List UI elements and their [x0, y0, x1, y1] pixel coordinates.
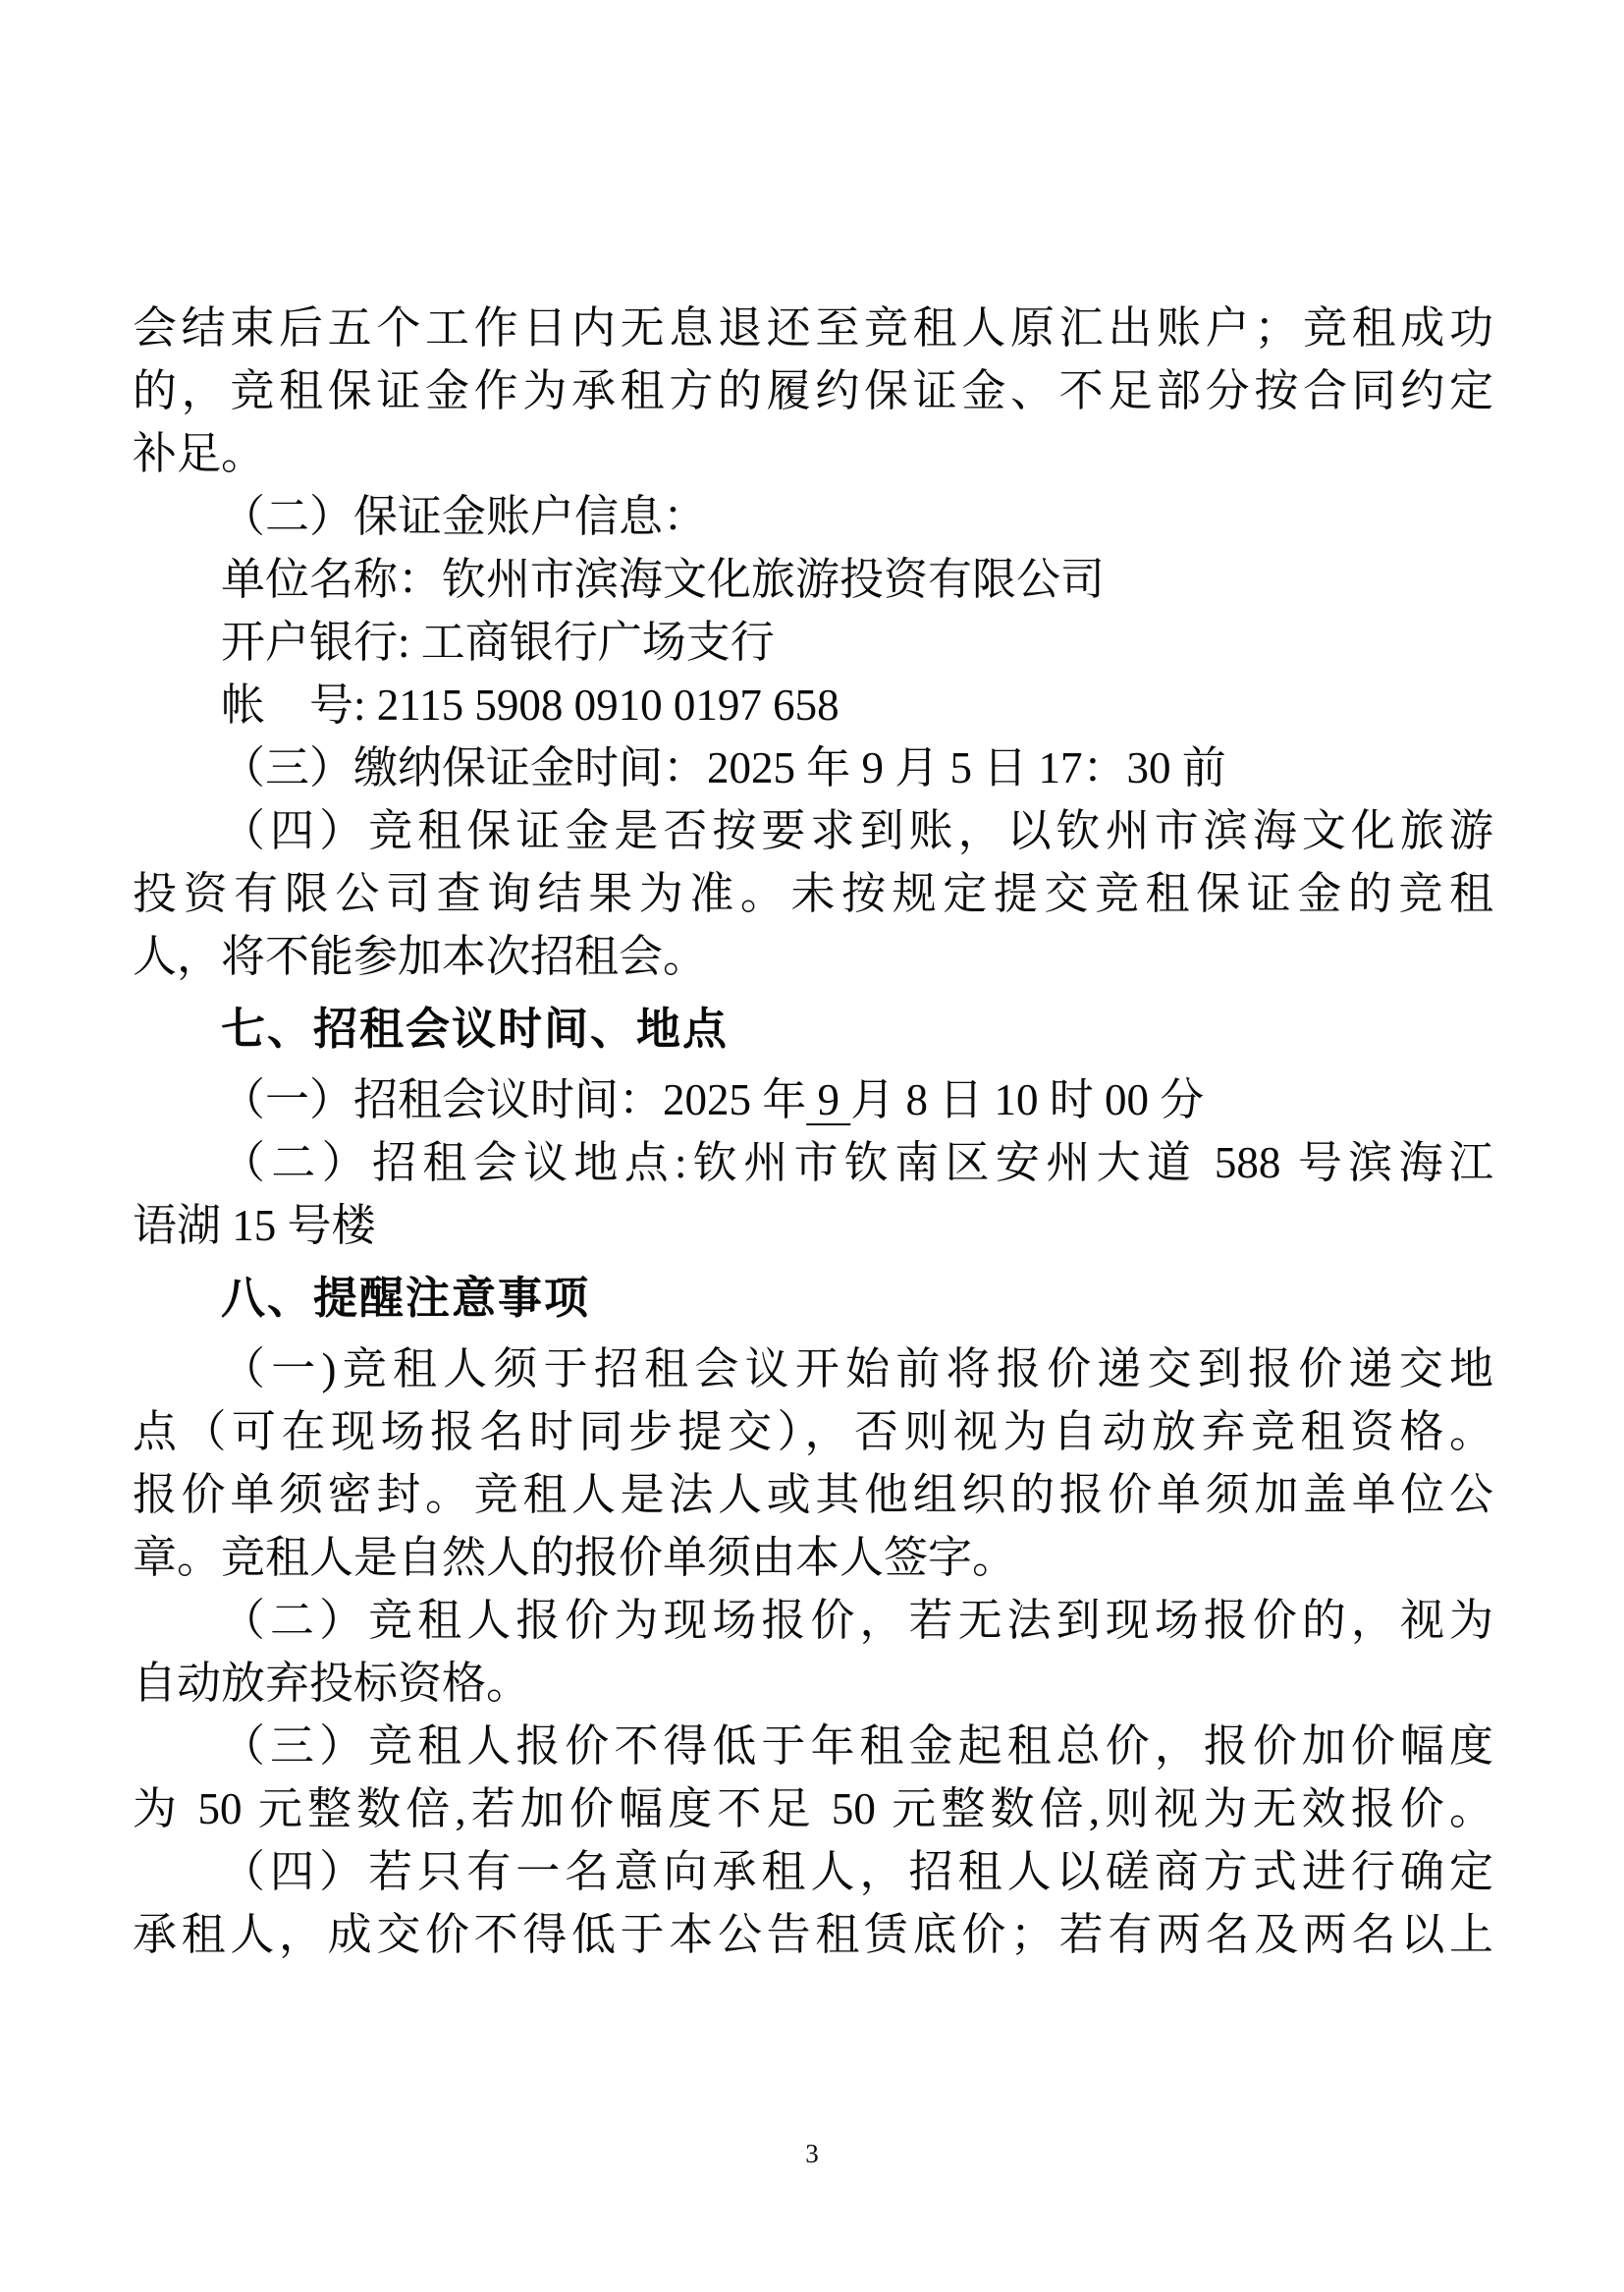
text-segment: （一)竞租人须于招租会议开始前将报价递交到报价递交地	[221, 1344, 1493, 1393]
text-segment: 补足。	[133, 429, 265, 478]
text-segment: （三）竞租人报价不得低于年租金起租总价，报价加价幅度	[221, 1721, 1493, 1771]
text-segment: 单位名称：钦州市滨海文化旅游投资有限公司	[221, 555, 1105, 604]
section-heading: 七、招租会议时间、地点	[133, 998, 1493, 1061]
text-line: 点（可在现场报名时同步提交），否则视为自动放弃竞租资格。	[133, 1400, 1493, 1463]
text-line: 自动放弃投标资格。	[133, 1652, 1493, 1715]
text-segment: （二）保证金账户信息：	[221, 492, 707, 541]
section-heading: 八、提醒注意事项	[133, 1267, 1493, 1330]
text-line: （三）竞租人报价不得低于年租金起租总价，报价加价幅度	[133, 1715, 1493, 1777]
text-line: 承租人，成交价不得低于本公告租赁底价；若有两名及两名以上	[133, 1903, 1493, 1966]
text-line: 开户银行: 工商银行广场支行	[133, 611, 1493, 674]
text-segment: （二）招租会议地点:钦州市钦南区安州大道 588 号滨海江	[221, 1138, 1493, 1187]
text-segment: 开户银行: 工商银行广场支行	[221, 618, 775, 667]
text-segment: （一）招租会议时间：2025 年	[221, 1075, 806, 1124]
text-line: 投资有限公司查询结果为准。未按规定提交竞租保证金的竞租	[133, 862, 1493, 925]
text-line: 补足。	[133, 422, 1493, 485]
text-line: 为 50 元整数倍,若加价幅度不足 50 元整数倍,则视为无效报价。	[133, 1777, 1493, 1840]
text-segment: 自动放弃投标资格。	[133, 1659, 530, 1708]
text-segment: （四）竞租保证金是否按要求到账，以钦州市滨海文化旅游	[221, 806, 1493, 855]
text-segment: 月 8 日 10 时 00 分	[850, 1075, 1204, 1124]
text-segment: 人，将不能参加本次招租会。	[133, 932, 707, 981]
text-segment: （二）竞租人报价为现场报价，若无法到现场报价的，视为	[221, 1596, 1493, 1645]
text-segment: （三）缴纳保证金时间：2025 年 9 月 5 日 17：30 前	[221, 743, 1226, 792]
text-line: 单位名称：钦州市滨海文化旅游投资有限公司	[133, 548, 1493, 611]
page-number: 3	[0, 2139, 1624, 2169]
text-line: （二）招租会议地点:钦州市钦南区安州大道 588 号滨海江	[133, 1131, 1493, 1194]
text-line: 人，将不能参加本次招租会。	[133, 925, 1493, 988]
text-segment: 八、提醒注意事项	[221, 1273, 590, 1323]
text-line: 会结束后五个工作日内无息退还至竞租人原汇出账户；竞租成功	[133, 297, 1493, 359]
text-line: （二）竞租人报价为现场报价，若无法到现场报价的，视为	[133, 1589, 1493, 1652]
text-segment: 七、招租会议时间、地点	[221, 1004, 729, 1054]
text-segment: 会结束后五个工作日内无息退还至竞租人原汇出账户；竞租成功	[133, 303, 1493, 353]
text-line: 帐 号: 2115 5908 0910 0197 658	[133, 674, 1493, 737]
text-segment: 的，竞租保证金作为承租方的履约保证金、不足部分按合同约定	[133, 366, 1493, 415]
text-line: （二）保证金账户信息：	[133, 485, 1493, 548]
text-segment: 点（可在现场报名时同步提交），否则视为自动放弃竞租资格。	[133, 1407, 1493, 1456]
text-segment: （四）若只有一名意向承租人，招租人以磋商方式进行确定	[221, 1847, 1493, 1896]
text-segment: 帐 号: 2115 5908 0910 0197 658	[221, 681, 839, 730]
text-line: 语湖 15 号楼	[133, 1194, 1493, 1257]
document-page: 会结束后五个工作日内无息退还至竞租人原汇出账户；竞租成功的，竞租保证金作为承租方…	[0, 0, 1624, 2292]
text-segment: 章。竞租人是自然人的报价单须由本人签字。	[133, 1533, 1016, 1582]
text-line: （三）缴纳保证金时间：2025 年 9 月 5 日 17：30 前	[133, 737, 1493, 799]
text-line: （一）招租会议时间：2025 年 9 月 8 日 10 时 00 分	[133, 1068, 1493, 1131]
underlined-date-value: 9	[806, 1075, 850, 1124]
text-segment: 承租人，成交价不得低于本公告租赁底价；若有两名及两名以上	[133, 1910, 1493, 1959]
text-segment: 报价单须密封。竞租人是法人或其他组织的报价单须加盖单位公	[133, 1470, 1493, 1519]
document-body: 会结束后五个工作日内无息退还至竞租人原汇出账户；竞租成功的，竞租保证金作为承租方…	[133, 297, 1493, 1966]
text-line: 章。竞租人是自然人的报价单须由本人签字。	[133, 1526, 1493, 1589]
text-line: （四）若只有一名意向承租人，招租人以磋商方式进行确定	[133, 1840, 1493, 1903]
text-line: 报价单须密封。竞租人是法人或其他组织的报价单须加盖单位公	[133, 1463, 1493, 1526]
text-segment: 投资有限公司查询结果为准。未按规定提交竞租保证金的竞租	[133, 869, 1493, 918]
text-segment: 为 50 元整数倍,若加价幅度不足 50 元整数倍,则视为无效报价。	[133, 1784, 1493, 1833]
text-line: （四）竞租保证金是否按要求到账，以钦州市滨海文化旅游	[133, 799, 1493, 862]
text-segment: 语湖 15 号楼	[133, 1201, 376, 1250]
text-line: 的，竞租保证金作为承租方的履约保证金、不足部分按合同约定	[133, 359, 1493, 422]
text-line: （一)竞租人须于招租会议开始前将报价递交到报价递交地	[133, 1337, 1493, 1400]
